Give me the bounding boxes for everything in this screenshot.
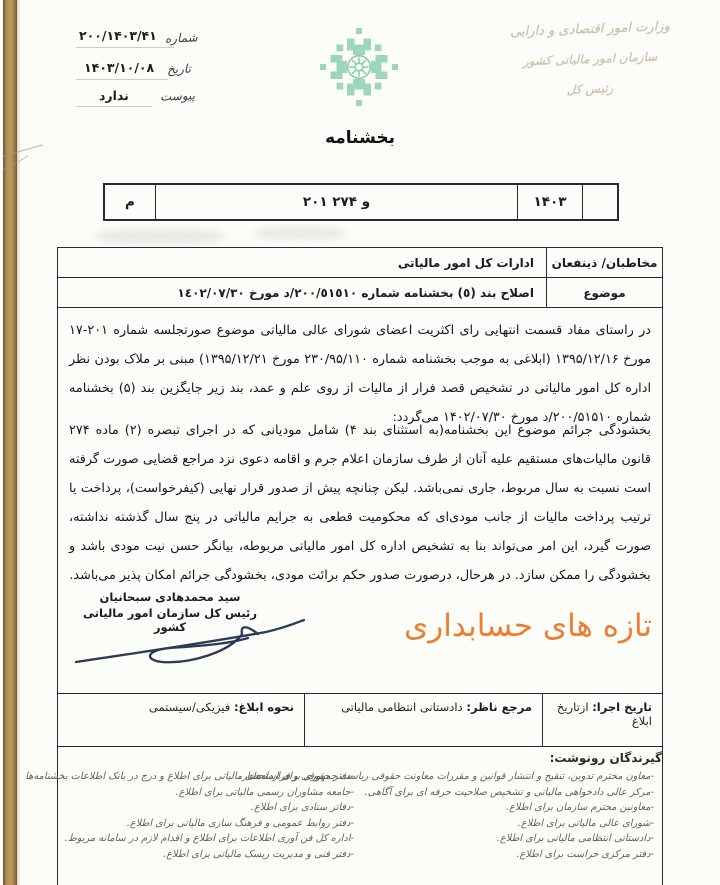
recipient-item: -دفتر فنی و مدیریت ریسک مالیاتی برای اطل… [62, 847, 354, 863]
body-paragraph-2: بخشودگی جرائم موضوع این بخشنامه(به استثن… [69, 416, 651, 590]
body-paragraph-1: در راستای مفاد قسمت انتهایی رای اکثریت ا… [69, 316, 651, 432]
notification-method-value: فیزیکی/سیستمی [149, 700, 230, 714]
letter-number-label: شماره [165, 30, 198, 45]
supervisor-cell: مرجع ناظر: دادستانی انتظامی مالیاتی [304, 694, 542, 746]
letter-attachment-value: ندارد [99, 88, 129, 103]
letter-attachment-label: پیوست [160, 88, 195, 103]
audience-label: مخاطبان/ ذینفعان [546, 248, 662, 277]
copy-recipients-column-left: -دفتر حقوقی و قراردادهای مالیاتی برای اط… [62, 769, 354, 862]
handwritten-signature [70, 612, 310, 672]
copy-recipients-column-right: -معاون محترم تدوین، تنقیح و انتشار قوانی… [354, 769, 654, 862]
recipient-item: -معاون محترم تدوین، تنقیح و انتشار قوانی… [354, 769, 654, 785]
ministry-name-line: وزارت امور اقتصادی و دارایی [490, 19, 690, 41]
page-title: بخشنامه [290, 128, 430, 148]
classification-bar: م ۲۰۱ و ۲۷۴ ۱۴۰۳ [103, 183, 619, 221]
letterhead-rule [76, 47, 174, 48]
notification-method-label: نحوه ابلاغ: [234, 700, 294, 714]
letter-number-value: ۲۰۰/۱۴۰۳/۴۱ [79, 28, 157, 43]
letter-date-value: ۱۴۰۳/۱۰/۰۸ [84, 60, 154, 75]
classification-cell-blank [582, 185, 617, 219]
circular-document-page: ۲۰۰/۱۴۰۳/۴۱ شماره ۱۴۰۳/۱۰/۰۸ تاریخ ندارد… [0, 0, 720, 885]
recipient-item: -معاونین محترم سازمان برای اطلاع. [354, 800, 654, 816]
letterhead-rule [76, 79, 168, 80]
recipient-item: -دفتر روابط عمومی و فرهنگ سازی مالیاتی ب… [62, 816, 354, 832]
supervisor-label: مرجع ناظر: [466, 700, 532, 714]
recipient-item: -دفتر مرکزی حراست برای اطلاع. [354, 847, 654, 863]
classification-cell-articles: ۲۰۱ و ۲۷۴ [155, 185, 517, 219]
audience-row: مخاطبان/ ذینفعان ادارات کل امور مالیاتی [58, 248, 662, 278]
signatory-name: سید محمدهادی سبحانیان [80, 590, 260, 604]
letterhead-rule [76, 106, 152, 107]
recipient-item: -دفاتر ستادی برای اطلاع. [62, 800, 354, 816]
recipient-item: -دادستانی انتظامی مالیاتی برای اطلاع. [354, 831, 654, 847]
watermark-text: تازه های حسابداری [348, 608, 708, 644]
director-general-line: رئیس کل [545, 80, 635, 97]
classification-cell-m: م [105, 185, 155, 219]
recipient-item: -مرکز عالی دادخواهی مالیاتی و تشخیص صلاح… [354, 785, 654, 801]
subject-value: اصلاح بند (٥) بخشنامه شماره ٢٠٠/٥١٥١٠/د … [58, 278, 546, 307]
classification-cell-year: ۱۴۰۳ [517, 185, 582, 219]
execution-date-cell: تاریخ اجرا: ازتاریخ ابلاغ [542, 694, 662, 746]
audience-value: ادارات کل امور مالیاتی [58, 248, 546, 277]
subject-label: موضوع [546, 278, 662, 307]
recipient-item: -اداره کل فن آوری اطلاعات برای اطلاع و ا… [62, 831, 354, 847]
recipient-item: -دفتر حقوقی و قراردادهای مالیاتی برای اط… [62, 769, 354, 785]
tax-organization-logo-icon [314, 20, 404, 114]
execution-date-label: تاریخ اجرا: [592, 700, 652, 714]
supervisor-value: دادستانی انتظامی مالیاتی [341, 700, 463, 714]
notification-method-cell: نحوه ابلاغ: فیزیکی/سیستمی [58, 694, 304, 746]
letter-date-label: تاریخ [167, 62, 191, 77]
recipient-item: -شورای عالی مالیاتی برای اطلاع. [354, 816, 654, 832]
subject-row: موضوع اصلاح بند (٥) بخشنامه شماره ٢٠٠/٥١… [58, 278, 662, 308]
copy-recipients-header: گیرندگان رونوشت: [58, 751, 662, 765]
scan-edge-strip [3, 0, 17, 885]
paper-edge-shadow [17, 0, 20, 885]
scan-smudge [255, 227, 345, 240]
scan-smudge [95, 229, 225, 244]
organization-name-line: سازمان امور مالیاتی کشور [500, 49, 680, 69]
footer-info-row: تاریخ اجرا: ازتاریخ ابلاغ مرجع ناظر: داد… [58, 693, 662, 747]
recipient-item: -جامعه مشاوران رسمی مالیاتی برای اطلاع. [62, 785, 354, 801]
main-table-frame: مخاطبان/ ذینفعان ادارات کل امور مالیاتی … [57, 247, 663, 885]
